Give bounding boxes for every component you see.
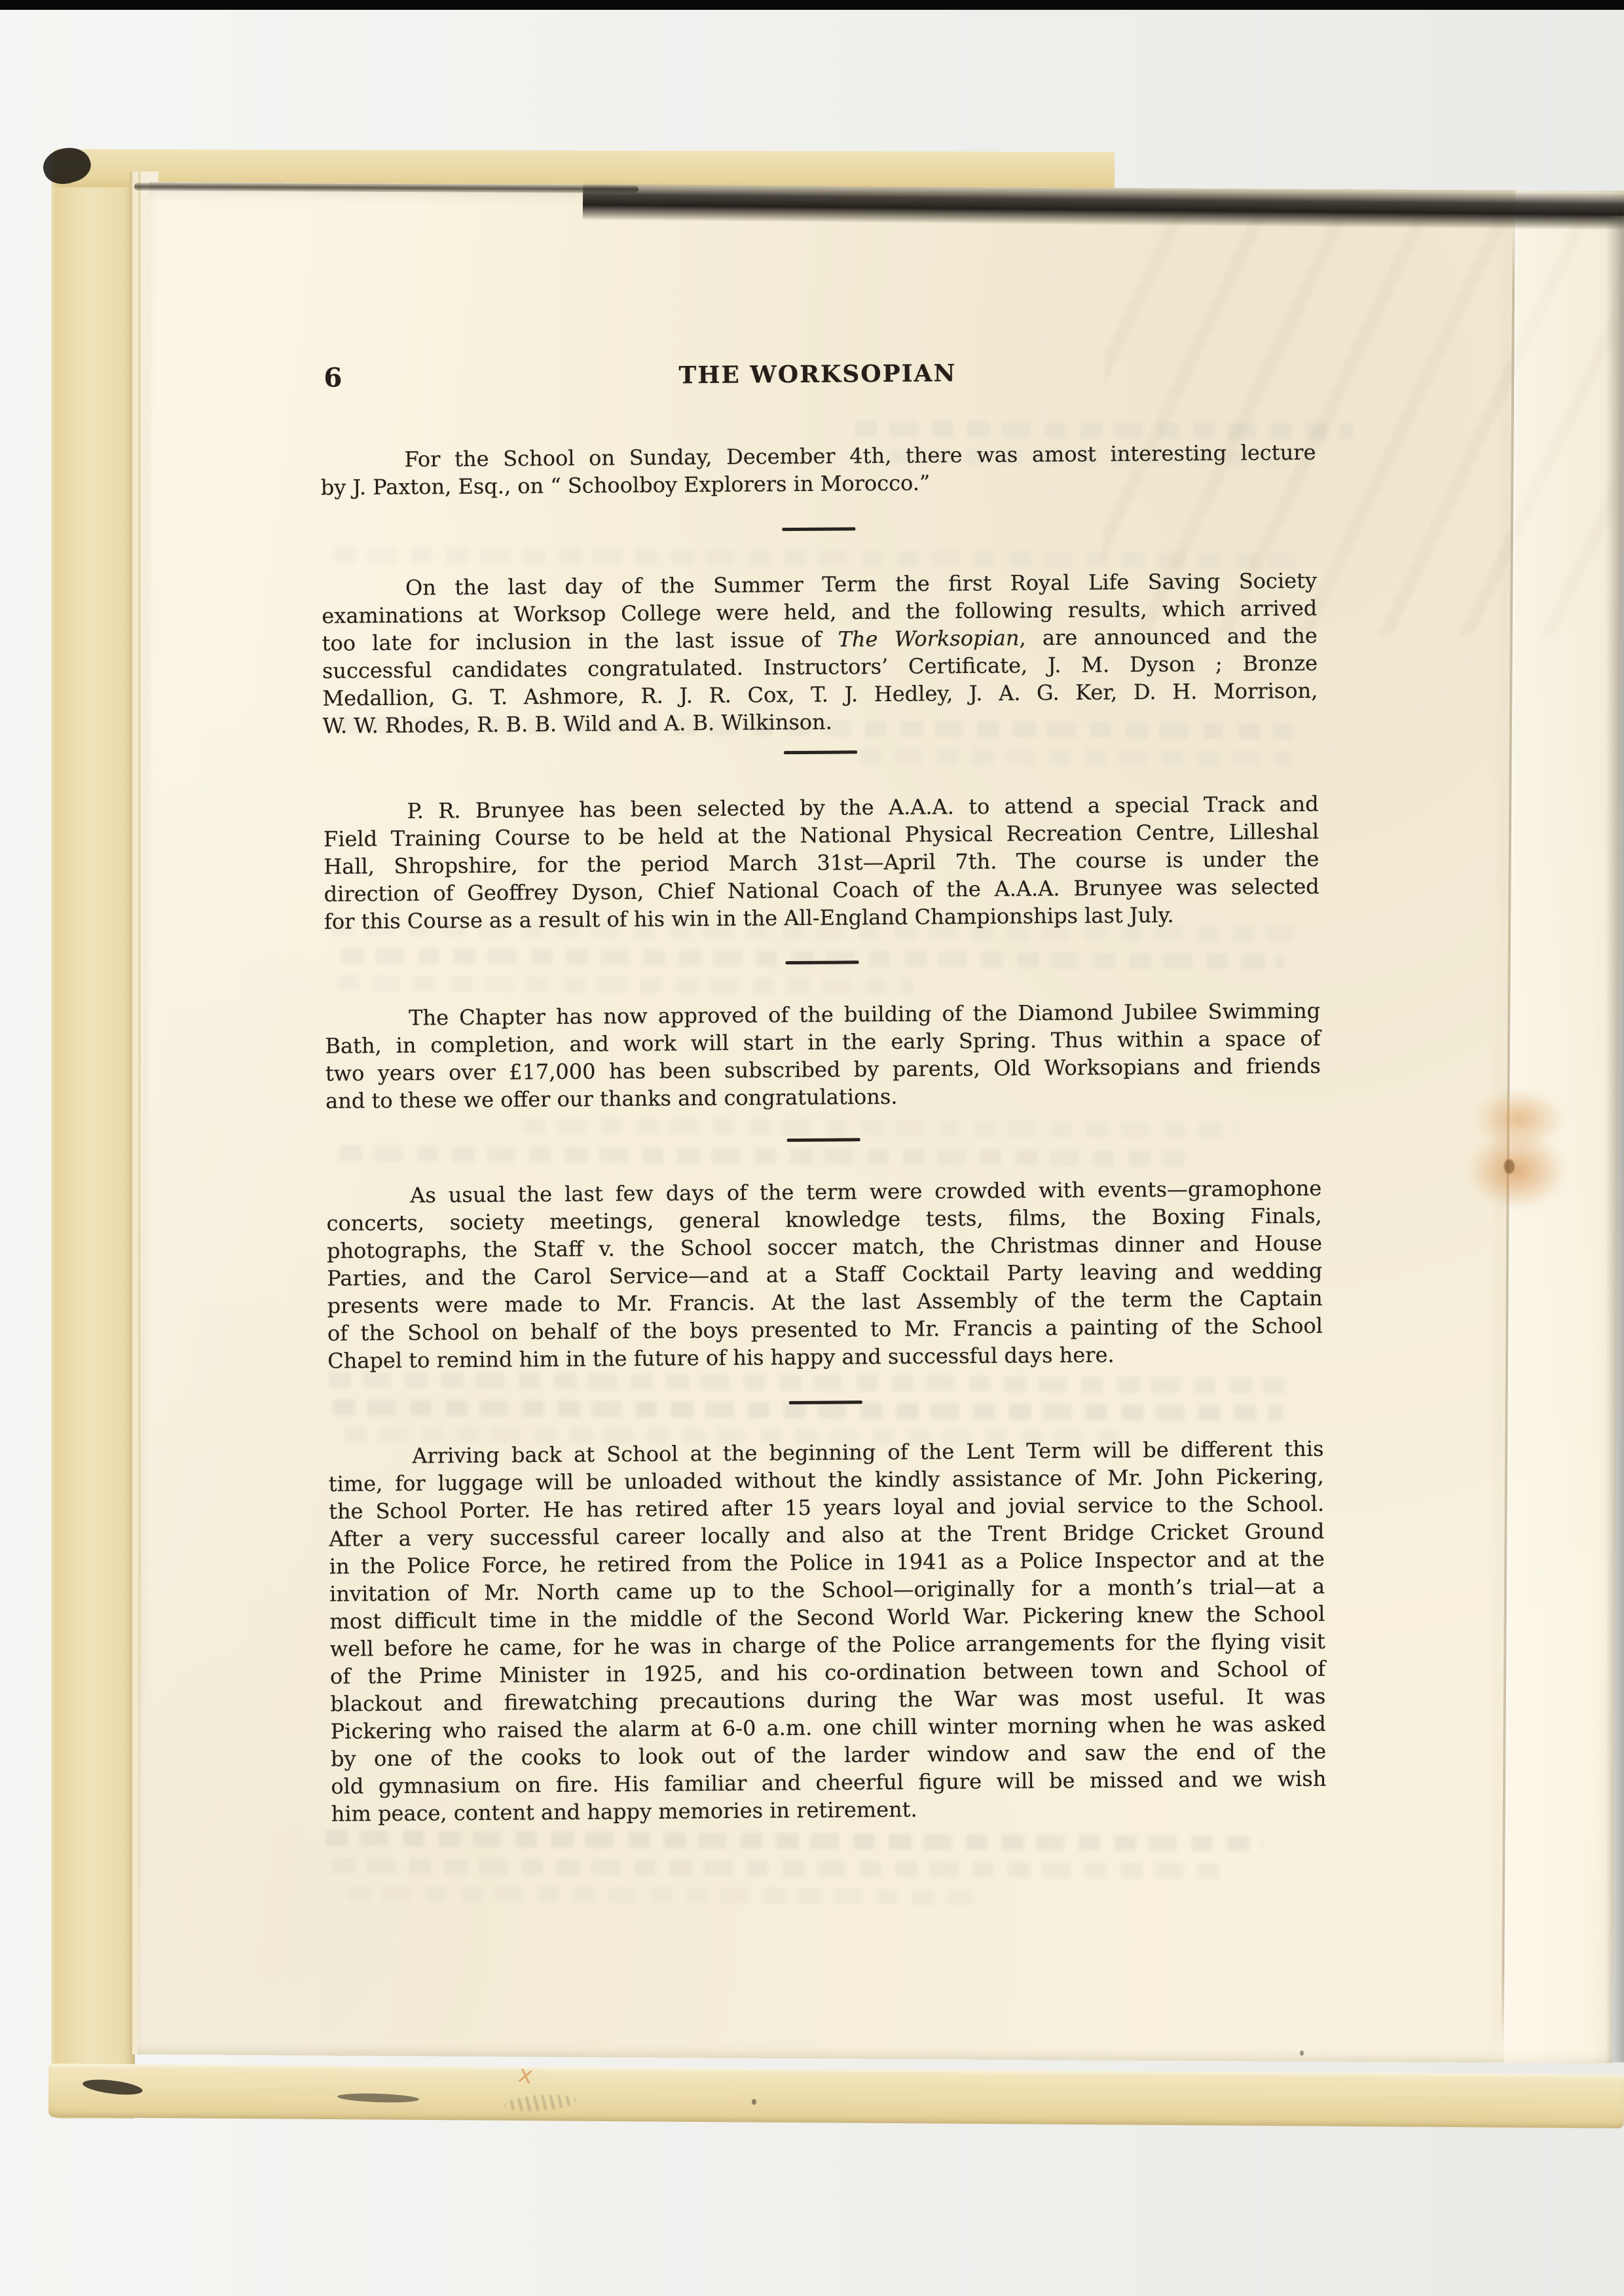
book-cover-bottom-edge: [48, 2064, 1624, 2128]
page-number: 6: [323, 362, 342, 393]
section-divider-rule: [782, 527, 855, 531]
section-divider-rule: [784, 750, 857, 754]
paragraph: On the last day of the Summer Term the f…: [322, 567, 1318, 740]
magazine-page: 6 THE WORKSOPIAN For the School on Sunda…: [138, 182, 1624, 2064]
text-column: 6 THE WORKSOPIAN For the School on Sunda…: [320, 355, 1327, 1828]
showthrough-smudge: [348, 1886, 990, 1905]
scan-shadow-right: [1606, 216, 1624, 2062]
paragraph: For the School on Sunday, December 4th, …: [320, 439, 1316, 501]
showthrough-smudge: [325, 1831, 1262, 1852]
section-divider-rule: [789, 1400, 862, 1404]
section-divider-rule: [786, 960, 859, 964]
paragraph: As usual the last few days of the term w…: [326, 1175, 1323, 1375]
paragraph: Arriving back at School at the beginning…: [328, 1435, 1327, 1828]
page-header: 6 THE WORKSOPIAN: [320, 355, 1315, 394]
speck: [752, 2099, 756, 2105]
paragraph: The Chapter has now approved of the buil…: [325, 997, 1321, 1115]
section-divider-rule: [787, 1138, 860, 1142]
book-cover-left-edge: [51, 155, 135, 2119]
scan-border-top: [0, 0, 1624, 10]
stain-core: [1504, 1159, 1515, 1174]
paragraphs: For the School on Sunday, December 4th, …: [320, 439, 1327, 1828]
paragraph: P. R. Brunyee has been selected by the A…: [323, 790, 1320, 936]
speck: [1300, 2050, 1304, 2056]
running-header-title: THE WORKSOPIAN: [678, 357, 956, 391]
showthrough-smudge: [332, 1858, 1223, 1879]
stain: [1460, 1085, 1572, 1214]
